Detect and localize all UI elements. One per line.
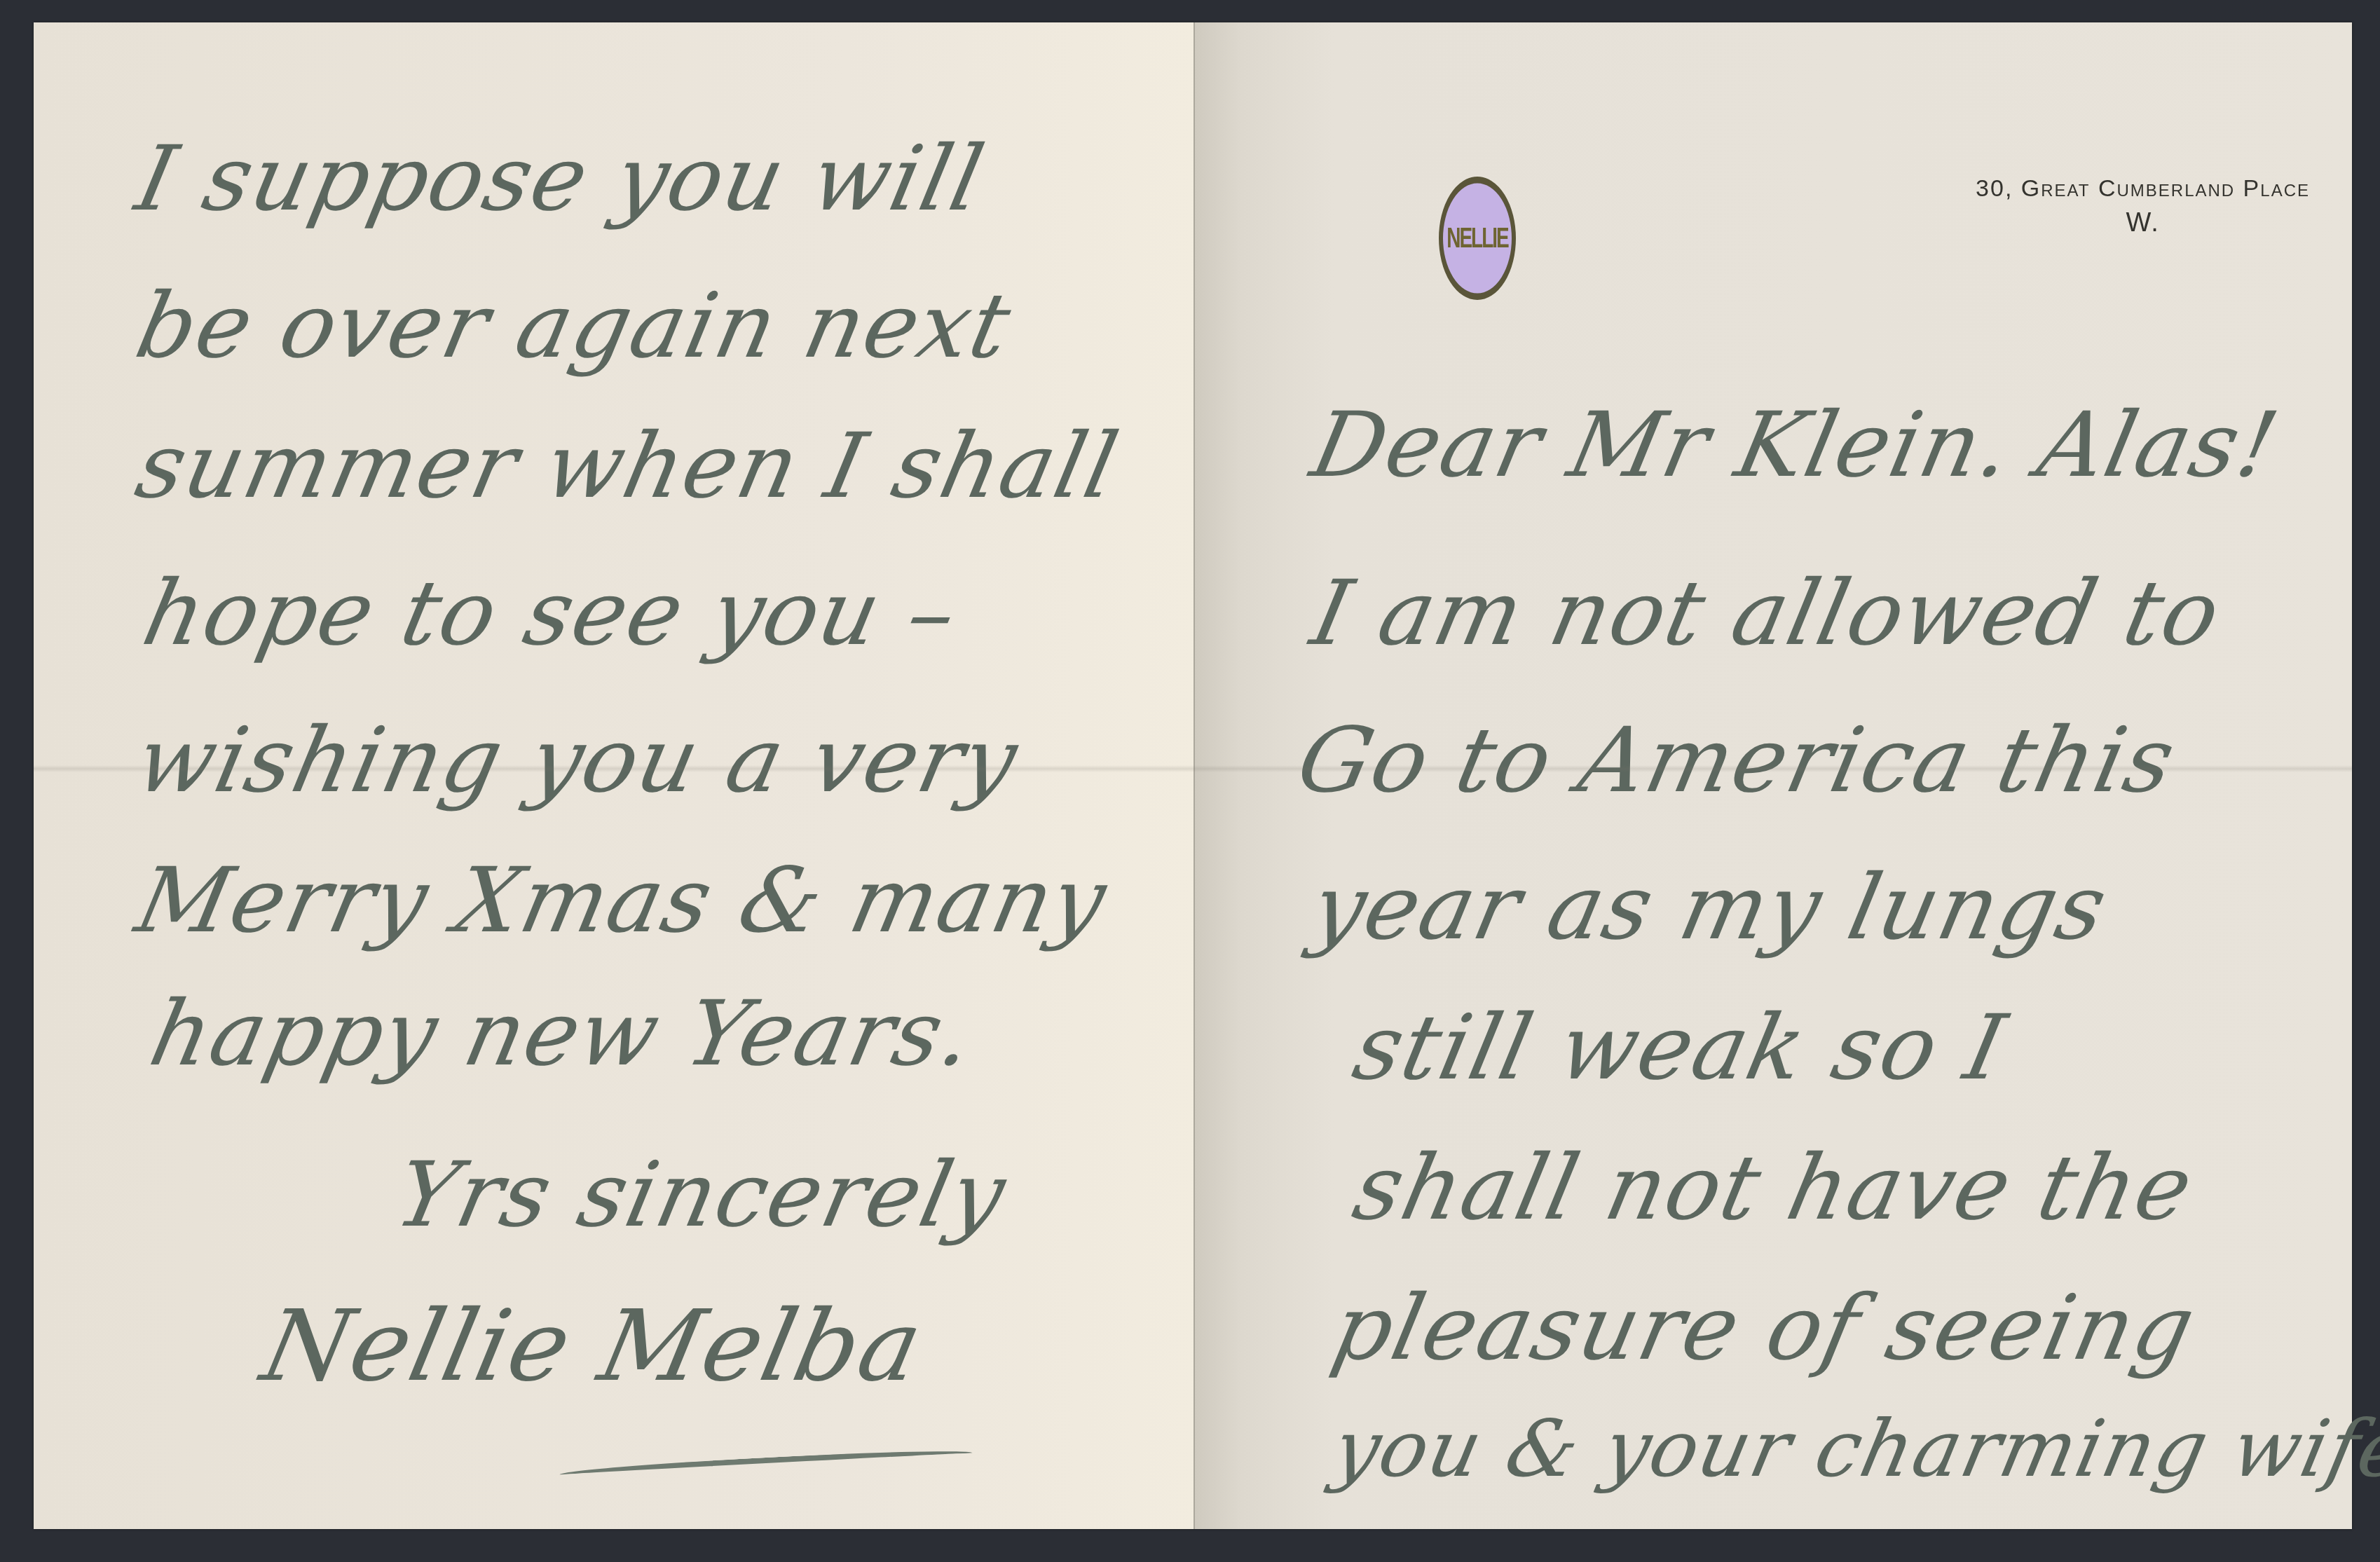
right-line-7: pleasure of seeing [1325, 1284, 2203, 1373]
nellie-monogram-icon: NELLIE [1439, 177, 1516, 300]
left-line-3: summer when I shall [129, 422, 1126, 512]
right-line-4: year as my lungs [1304, 863, 2114, 953]
left-line-2: be over again next [129, 282, 1018, 371]
right-line-1: Dear Mr Klein. Alas! [1304, 401, 2286, 491]
left-line-4: hope to see you – [136, 569, 965, 659]
signature: Nellie Melba [254, 1298, 931, 1396]
right-line-8: you & your charming wife [1327, 1410, 2380, 1488]
address-line-1: 30, Great Cumberland Place [1976, 175, 2310, 203]
monogram-text: NELLIE [1447, 222, 1508, 254]
signature-underline [559, 1447, 973, 1481]
horizontal-crease [34, 765, 2352, 772]
right-page: 30, Great Cumberland Place W. NELLIE Dea… [1195, 22, 2352, 1529]
right-line-3: Go to America this [1290, 716, 2182, 806]
right-line-2: I am not allowed to [1304, 569, 2228, 659]
left-page: I suppose you will be over again next su… [34, 22, 1195, 1529]
letter-sheet: I suppose you will be over again next su… [34, 22, 2352, 1529]
left-line-7: happy new Years. [143, 989, 981, 1079]
closing: Yrs sincerely [388, 1151, 1013, 1240]
letterhead-address: 30, Great Cumberland Place W. [1976, 175, 2310, 238]
right-line-5: still weak so I [1346, 1003, 2013, 1093]
left-line-6: Merry Xmas & many [129, 856, 1114, 946]
right-line-6: shall not have the [1346, 1144, 2201, 1233]
address-line-2: W. [1976, 208, 2310, 238]
left-line-1: I suppose you will [129, 135, 992, 224]
left-line-5: wishing you a very [129, 716, 1025, 806]
